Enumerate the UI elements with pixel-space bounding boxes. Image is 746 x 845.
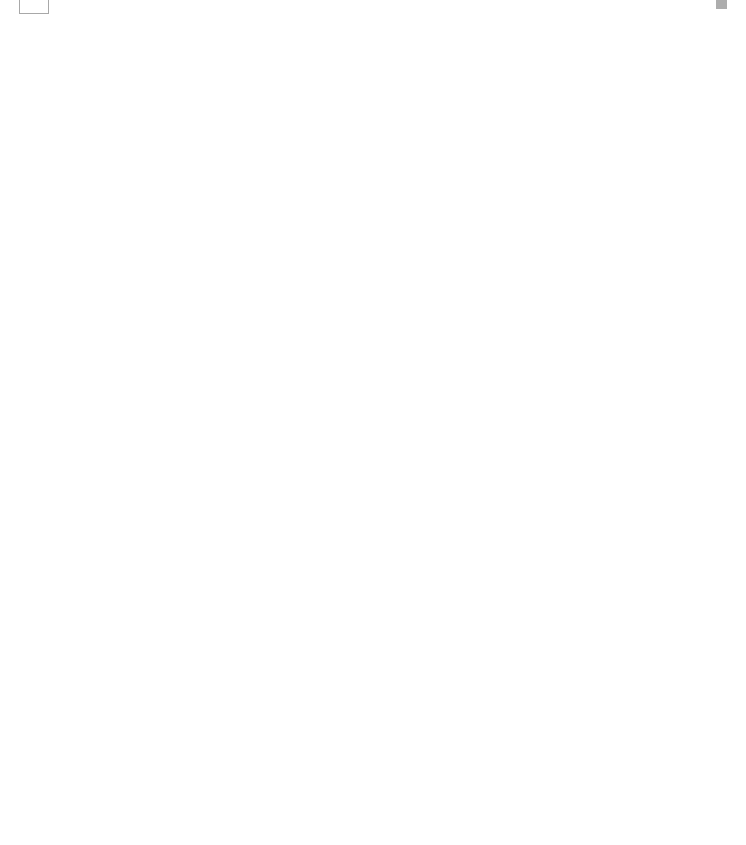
top-left-fragment — [19, 0, 49, 14]
document-page — [0, 0, 746, 845]
top-right-corner-artifact — [716, 0, 727, 9]
